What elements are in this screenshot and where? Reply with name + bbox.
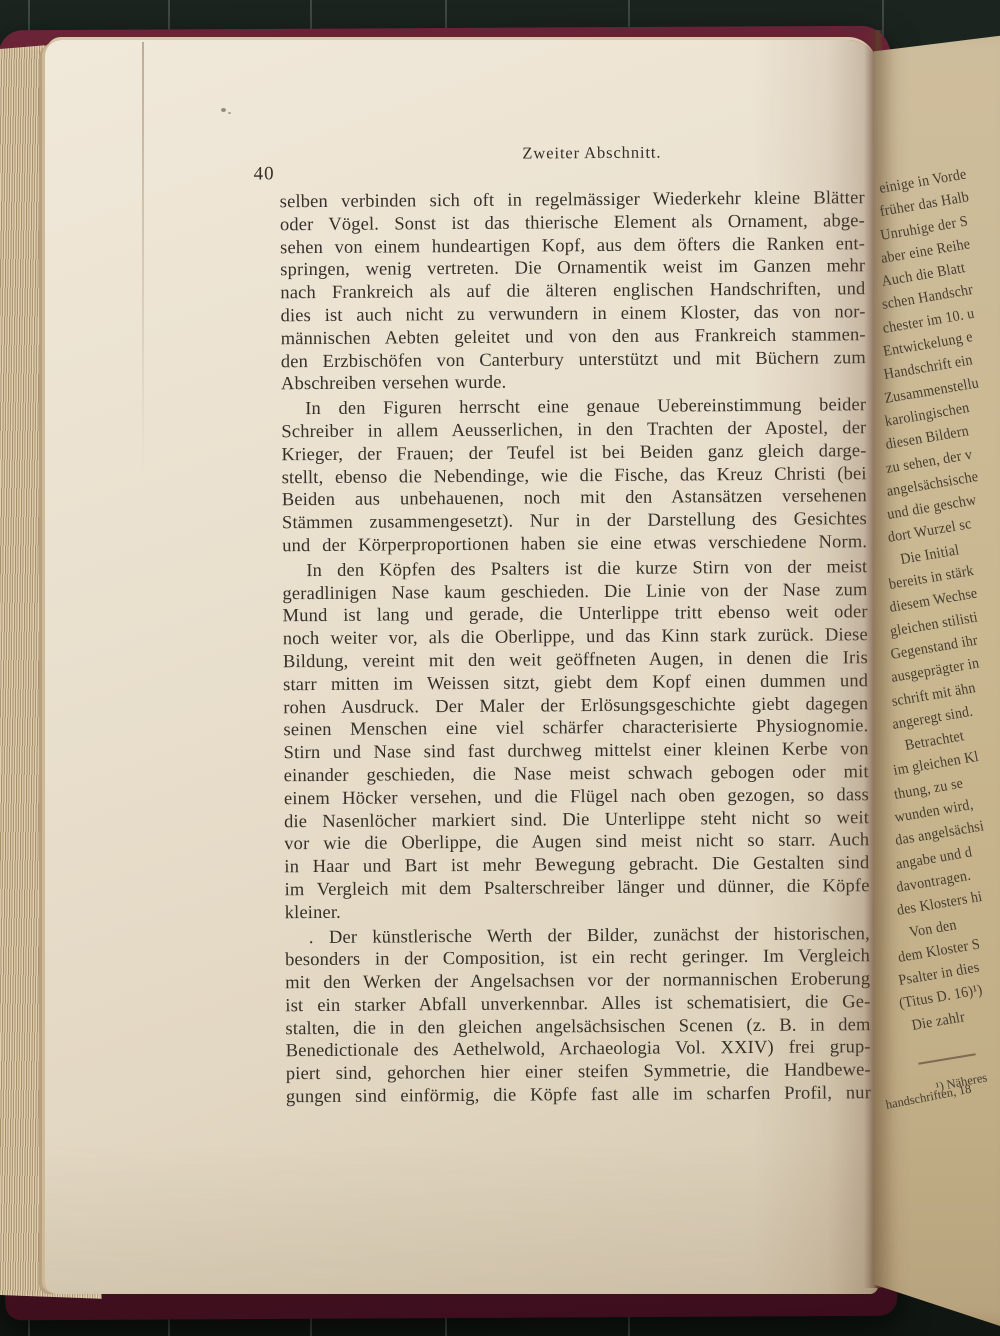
left-page: Zweiter Abschnitt. 40 selben verbinden s…: [45, 40, 878, 1294]
paragraph: In den Figuren herrscht eine genaue Uebe…: [281, 394, 867, 558]
text-line: den Erzbischöfen von Canterbury unterstü…: [281, 347, 866, 374]
right-page: einige in Vordefrüher das HalbUnruhige d…: [874, 28, 1000, 1326]
running-header: Zweiter Abschnitt.: [279, 141, 864, 165]
text-line: In den Köpfen des Psalters ist die kurze…: [282, 556, 867, 583]
text-body: selben verbinden sich oft in regelmässig…: [280, 187, 871, 1109]
text-line: Abschreiben versehen wurde.: [281, 370, 866, 397]
right-page-text: einige in Vordefrüher das HalbUnruhige d…: [879, 178, 1000, 1040]
paragraph: selben verbinden sich oft in regelmässig…: [280, 187, 866, 396]
left-page-content: Zweiter Abschnitt. 40 selben verbinden s…: [41, 37, 883, 1297]
text-line: und der Körperproportionen haben sie ein…: [282, 531, 867, 558]
text-line: einem Höcker versehen, und die Flügel na…: [284, 784, 869, 811]
footnote-separator: [918, 1053, 976, 1065]
paragraph: . Der künstlerische Werth der Bilder, zu…: [285, 923, 871, 1109]
book-photo: Zweiter Abschnitt. 40 selben verbinden s…: [0, 0, 1000, 1336]
text-line: starr mitten im Weissen sitzt, giebt dem…: [283, 670, 868, 697]
page-number: 40: [253, 163, 274, 185]
paragraph: In den Köpfen des Psalters ist die kurze…: [282, 556, 870, 925]
text-line: im Vergleich mit dem Psalterschreiber lä…: [284, 875, 869, 902]
text-line: gungen sind einförmig, die Köpfe fast al…: [286, 1082, 871, 1109]
text-line: kleiner.: [285, 898, 870, 925]
footnote-line: handschriften, 18: [885, 1082, 973, 1113]
